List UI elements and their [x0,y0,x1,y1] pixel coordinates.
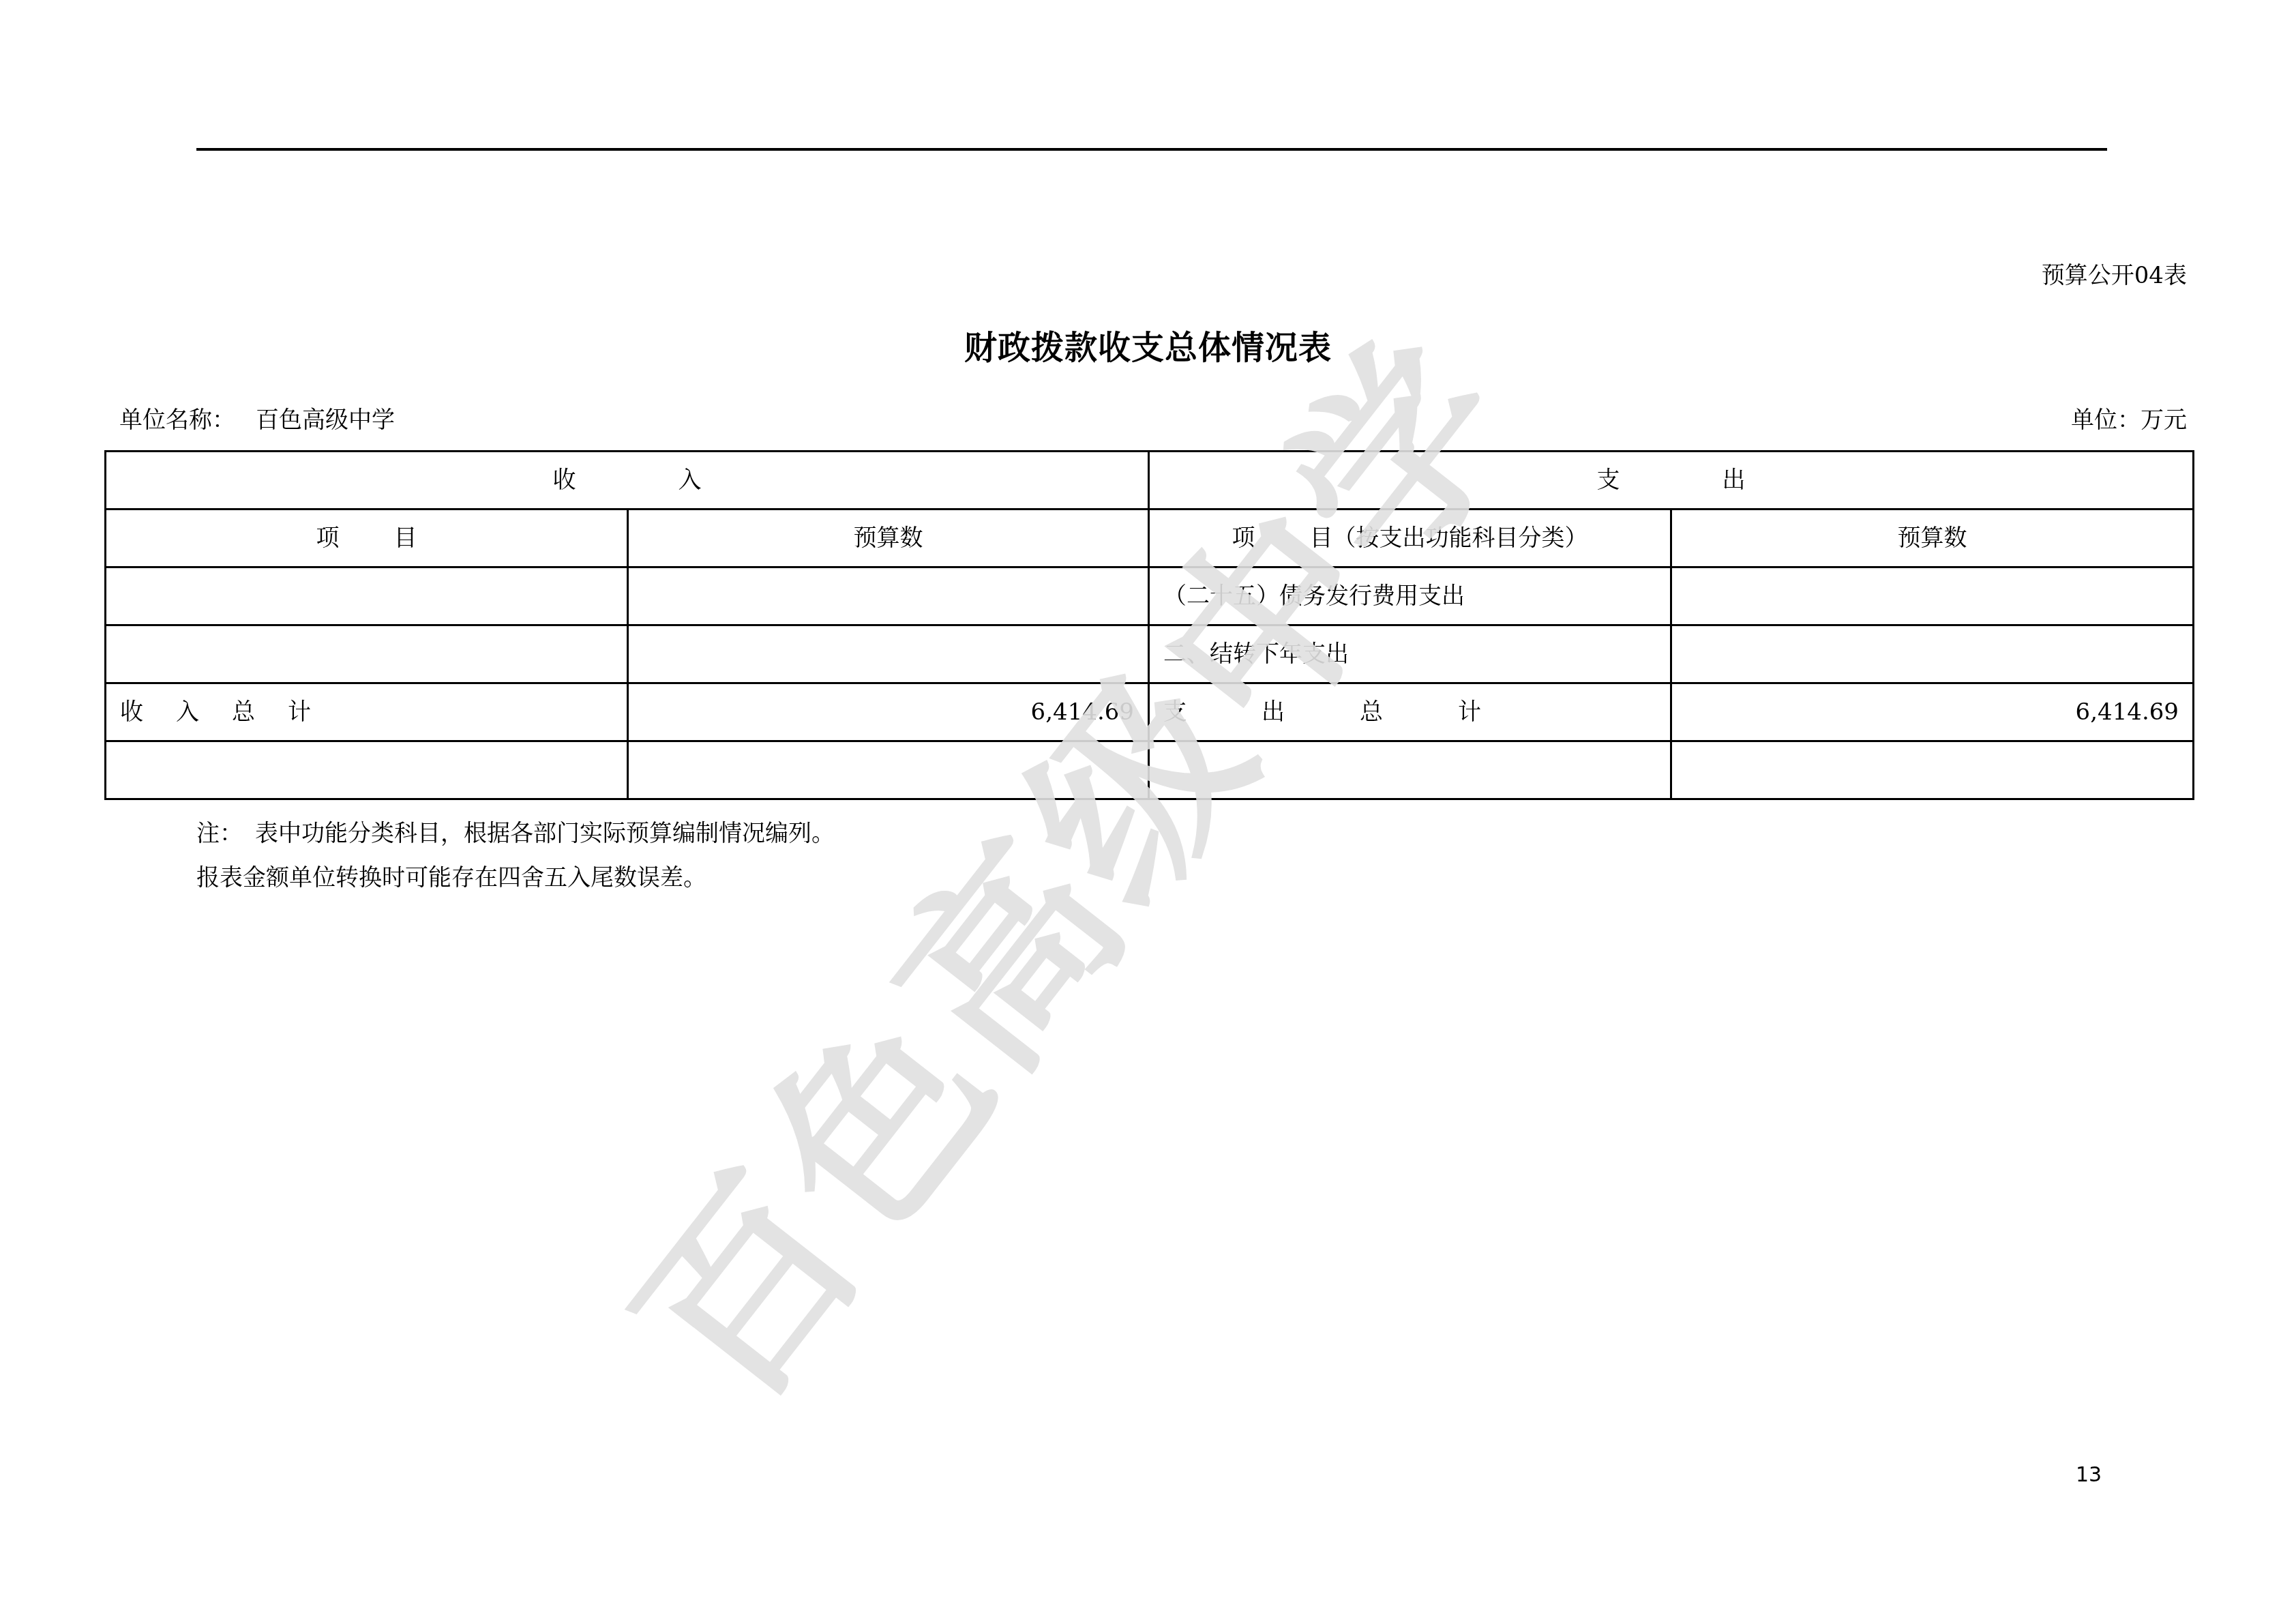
income-section-header: 收入 [106,452,1149,510]
expense-total-label: 支出总计 [1149,683,1671,741]
fiscal-budget-table: 收入 支出 项目 预算数 项目（按支出功能科目分类） 预算数 （二十五）债务发行… [104,450,2194,800]
income-budget-cell [628,567,1149,625]
income-budget-cell [628,625,1149,683]
unit-name-line: 单位名称：百色高级中学 [119,405,395,435]
column-header-row: 项目 预算数 项目（按支出功能科目分类） 预算数 [106,510,2194,567]
empty-cell [1149,741,1671,799]
income-total-value: 6,414.69 [628,683,1149,741]
income-item-cell [106,567,628,625]
school-name-watermark: 百色高级中学 [558,269,1570,1449]
table-row-empty [106,741,2194,799]
totals-row: 收入总计 6,414.69 支出总计 6,414.69 [106,683,2194,741]
income-total-label: 收入总计 [106,683,628,741]
form-code: 预算公开04表 [2042,261,2187,291]
page-number: 13 [2076,1462,2102,1489]
note-label: 注： [196,820,243,847]
expense-item-cell: 二、结转下年支出 [1149,625,1671,683]
expense-item-cell: （二十五）债务发行费用支出 [1149,567,1671,625]
unit-name-value: 百色高级中学 [256,407,395,434]
empty-cell [628,741,1149,799]
expense-budget-cell [1671,567,2194,625]
empty-cell [106,741,628,799]
unit-name-label: 单位名称： [119,407,235,434]
table-row: （二十五）债务发行费用支出 [106,567,2194,625]
empty-cell [1671,741,2194,799]
note-line-1: 注：表中功能分类科目，根据各部门实际预算编制情况编列。 [196,818,835,848]
income-budget-header: 预算数 [628,510,1149,567]
expense-budget-cell [1671,625,2194,683]
note-line-2: 报表金额单位转换时可能存在四舍五入尾数误差。 [196,863,706,893]
income-item-header: 项目 [106,510,628,567]
expense-budget-header: 预算数 [1671,510,2194,567]
note-text: 表中功能分类科目，根据各部门实际预算编制情况编列。 [255,820,835,847]
income-item-cell [106,625,628,683]
currency-unit: 单位：万元 [2071,405,2187,435]
expense-item-header: 项目（按支出功能科目分类） [1149,510,1671,567]
expense-total-value: 6,414.69 [1671,683,2194,741]
section-header-row: 收入 支出 [106,452,2194,510]
header-rule [196,148,2107,151]
page-title: 财政拨款收支总体情况表 [0,326,2296,370]
expense-section-header: 支出 [1149,452,2194,510]
table-row: 二、结转下年支出 [106,625,2194,683]
